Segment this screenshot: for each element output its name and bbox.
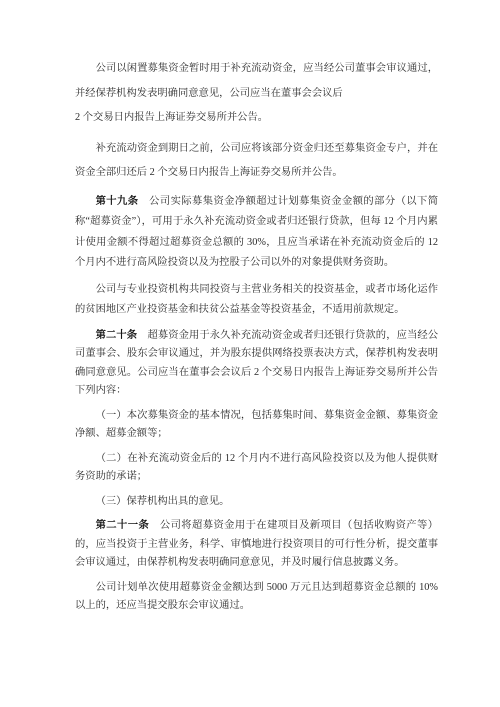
doc-paragraph: 补充流动资金到期日之前，公司应将该部分资金归还至募集资金专户，并在资金全部归还后…: [75, 137, 438, 186]
paragraph-text: 公司计划单次使用超募资金金额达到 5000 万元且达到超募资金总额的 10%以上…: [75, 582, 438, 612]
paragraph-text: 补充流动资金到期日之前，公司应将该部分资金归还至募集资金专户，并在资金全部归还后…: [75, 143, 438, 179]
article-label: 第十九条: [96, 196, 139, 207]
doc-paragraph: 公司以闲置募集资金暂时用于补充流动资金，应当经公司董事会审议通过，并经保荐机构发…: [75, 57, 438, 131]
doc-paragraph: 公司计划单次使用超募资金金额达到 5000 万元且达到超募资金总额的 10%以上…: [75, 579, 438, 616]
doc-list-item-2: （二）在补充流动资金后的 12 个月内不进行高风险投资以及为他人提供财务资助的承…: [75, 450, 438, 487]
article-label: 第二十一条: [96, 520, 150, 531]
document-page: 公司以闲置募集资金暂时用于补充流动资金，应当经公司董事会审议通过，并经保荐机构发…: [0, 0, 500, 707]
doc-list-item-3: （三）保荐机构出具的意见。: [75, 493, 438, 512]
doc-paragraph-article-19: 第十九条 公司实际募集资金净额超过计划募集资金金额的部分（以下简称“超募资金”）…: [75, 192, 438, 274]
doc-list-item-1: （一）本次募集资金的基本情况，包括募集时间、募集资金金额、募集资金净额、超募金额…: [75, 407, 438, 444]
paragraph-text: （一）本次募集资金的基本情况，包括募集时间、募集资金金额、募集资金净额、超募金额…: [75, 410, 438, 440]
paragraph-text: 公司以闲置募集资金暂时用于补充流动资金，应当经公司董事会审议通过，并经保荐机构发…: [75, 63, 438, 123]
article-label: 第二十条: [96, 330, 138, 341]
doc-paragraph-article-21: 第二十一条 公司将超募资金用于在建项目及新项目（包括收购资产等）的，应当投资于主…: [75, 517, 438, 573]
paragraph-text: （三）保荐机构出具的意见。: [96, 496, 230, 507]
paragraph-text: 公司与专业投资机构共同投资与主营业务相关的投资基金，或者市场化运作的贫困地区产业…: [75, 284, 438, 316]
paragraph-text: （二）在补充流动资金后的 12 个月内不进行高风险投资以及为他人提供财务资助的承…: [75, 453, 438, 483]
doc-paragraph: 公司与专业投资机构共同投资与主营业务相关的投资基金，或者市场化运作的贫困地区产业…: [75, 280, 438, 321]
doc-paragraph-article-20: 第二十条 超募资金用于永久补充流动资金或者归还银行贷款的，应当经公司董事会、股东…: [75, 327, 438, 401]
